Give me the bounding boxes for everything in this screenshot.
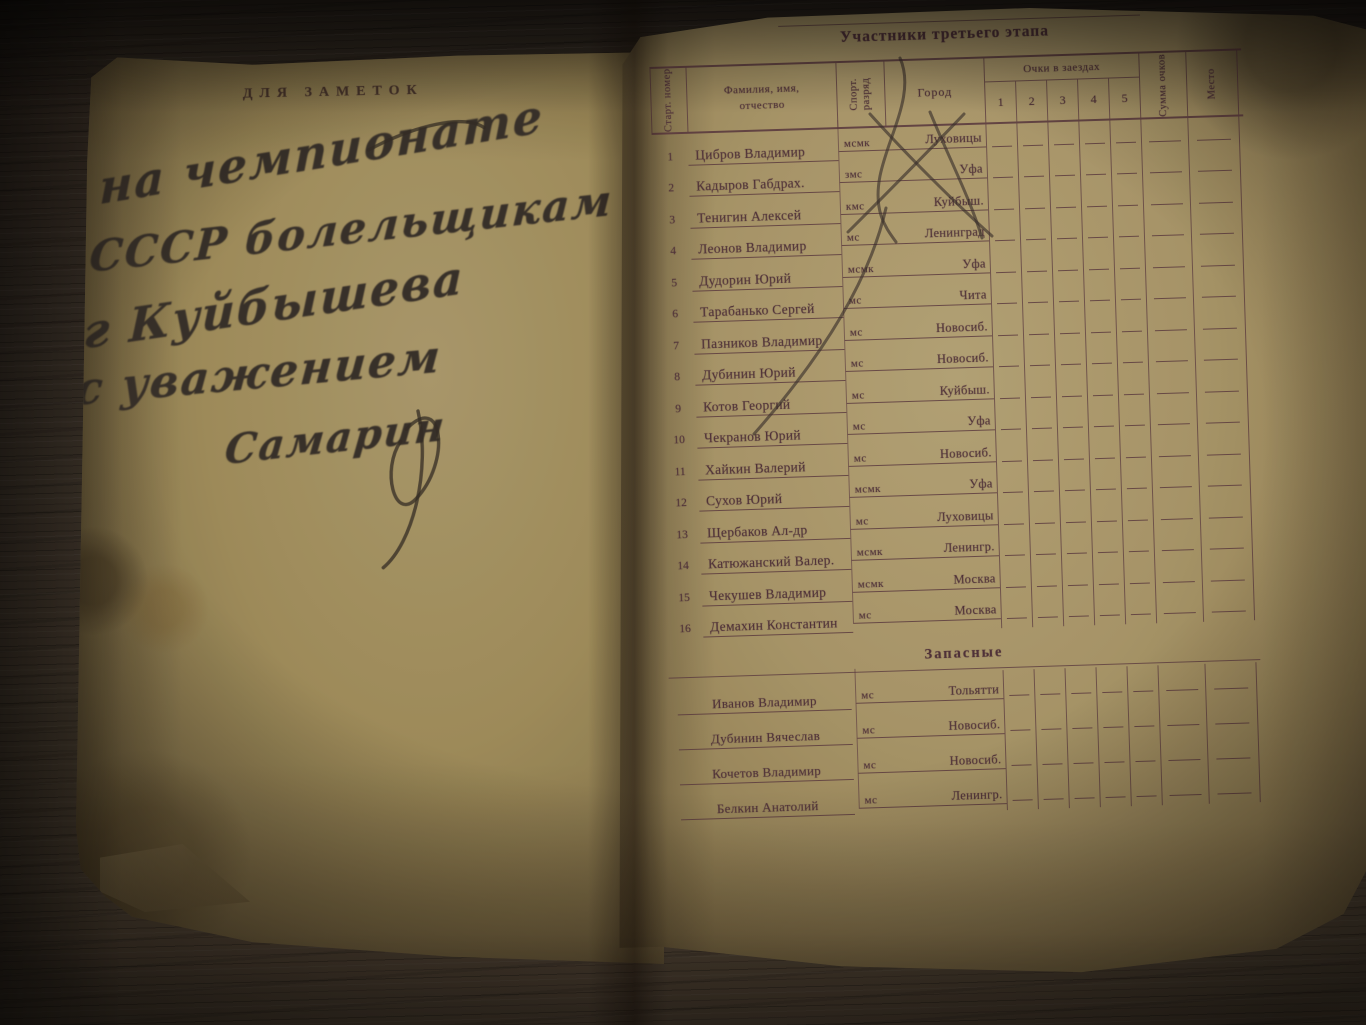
write-in-line <box>1069 615 1089 617</box>
write-in-line <box>996 271 1016 273</box>
write-in-line <box>1125 425 1145 427</box>
score-cell <box>1024 374 1056 406</box>
score-cell <box>1128 700 1160 736</box>
score-cell <box>1194 337 1247 370</box>
write-in-line <box>1104 761 1124 763</box>
rider-name: Хайкин Валерий <box>697 444 848 480</box>
rank-city-cell: мсЧита <box>842 273 991 309</box>
heat-number-header: 1 <box>985 82 1016 123</box>
score-cell <box>1023 343 1055 375</box>
rider-name: Кадыров Габдрах. <box>689 161 840 197</box>
write-in-line <box>1040 693 1060 695</box>
score-cell <box>1090 498 1122 530</box>
write-in-line <box>1135 760 1155 762</box>
reserve-name: Белкин Анатолий <box>680 780 855 820</box>
write-in-line <box>1086 174 1106 176</box>
rank-city-cell: мсЛенингр. <box>858 769 1007 809</box>
reserve-name: Иванов Владимир <box>677 675 852 715</box>
score-cell <box>1159 699 1207 735</box>
write-in-line <box>1158 423 1189 425</box>
write-in-line <box>1121 299 1141 301</box>
score-cell <box>1098 736 1130 772</box>
score-cell <box>1056 405 1088 437</box>
left-page: ДЛЯ ЗАМЕТОК на чемпионате СССР болельщик… <box>76 52 664 964</box>
write-in-line <box>1088 237 1108 239</box>
write-in-line <box>1117 173 1137 175</box>
reserves-table-body: Иванов ВладимирмсТольяттиДубинин Вячесла… <box>669 662 1265 821</box>
write-in-line <box>1159 455 1190 457</box>
score-cell <box>1005 739 1037 775</box>
sport-rank: мсмк <box>848 263 875 276</box>
score-cell <box>1151 464 1199 497</box>
write-in-line <box>1000 397 1020 399</box>
score-cell <box>997 501 1029 533</box>
write-in-line <box>1091 331 1111 333</box>
rider-city: Уфа <box>959 162 983 178</box>
score-cell <box>1020 248 1052 280</box>
sport-rank: мсмк <box>857 546 884 559</box>
score-cell <box>1126 665 1158 701</box>
score-cell <box>1058 468 1090 500</box>
score-cell <box>1190 211 1243 244</box>
score-cell <box>1048 153 1080 185</box>
score-cell <box>1026 437 1058 469</box>
score-cell <box>1145 276 1193 309</box>
score-cell <box>1060 531 1092 563</box>
write-in-line <box>1061 364 1081 366</box>
write-in-line <box>1030 365 1050 367</box>
score-cell <box>1130 770 1162 806</box>
sport-rank: мс <box>850 326 863 338</box>
sport-rank: мсмк <box>855 483 882 496</box>
write-in-line <box>992 145 1012 147</box>
write-in-line <box>1206 422 1240 424</box>
score-cell <box>1141 150 1189 183</box>
score-cell <box>1155 590 1203 623</box>
write-in-line <box>1131 613 1151 615</box>
place-header: Место <box>1185 51 1239 117</box>
write-in-line <box>1006 586 1026 588</box>
write-in-line <box>1127 488 1147 490</box>
start-number: 14 <box>664 543 701 576</box>
score-cell <box>991 312 1023 344</box>
score-cell <box>1140 118 1188 151</box>
write-in-line <box>1122 330 1142 332</box>
write-in-line <box>1211 579 1245 581</box>
rank-city-cell: мсмкМосква <box>851 556 1000 592</box>
write-in-line <box>1163 581 1194 583</box>
write-in-line <box>1214 687 1248 689</box>
rider-name: Леонов Владимир <box>691 224 842 260</box>
rider-city: Луховицы <box>937 508 994 525</box>
rider-city: Ленингр. <box>944 539 995 556</box>
write-in-line <box>1085 142 1105 144</box>
score-cell <box>1088 435 1120 467</box>
score-cell <box>1000 596 1032 628</box>
score-cell <box>1030 563 1062 595</box>
score-cell <box>1052 279 1084 311</box>
write-in-line <box>1218 792 1252 794</box>
write-in-line <box>1060 332 1080 334</box>
write-in-line <box>1095 457 1115 459</box>
write-in-line <box>1096 489 1116 491</box>
score-cells <box>1006 767 1261 810</box>
write-in-line <box>1126 456 1146 458</box>
score-cell <box>1150 433 1198 466</box>
score-cell <box>1197 431 1250 464</box>
score-cell <box>1082 246 1114 278</box>
write-in-line <box>1071 692 1091 694</box>
rank-city-cell: мсМосква <box>852 588 1001 624</box>
write-in-line <box>1129 551 1149 553</box>
rider-city: Чита <box>959 287 987 303</box>
rider-name: Чекранов Юрий <box>696 412 847 448</box>
write-in-line <box>1208 485 1242 487</box>
rider-name: Пазников Владимир <box>693 318 844 354</box>
score-cell <box>1003 669 1035 705</box>
rank-city-cell: мсмкУфа <box>841 241 990 277</box>
score-cell <box>1114 277 1146 309</box>
score-cell <box>993 375 1025 407</box>
rank-city-cell: мсНовосиб. <box>847 430 996 466</box>
score-cell <box>1057 436 1089 468</box>
score-cell <box>1187 116 1240 149</box>
signature: Самарин <box>223 402 448 474</box>
write-in-line <box>1029 333 1049 335</box>
write-in-line <box>1207 453 1241 455</box>
score-cell <box>1006 774 1038 810</box>
rank-city-cell: мсНовосиб. <box>843 304 992 340</box>
score-cell <box>1208 767 1261 804</box>
write-in-line <box>1092 363 1112 365</box>
write-in-line <box>1007 617 1027 619</box>
rank-city-cell: змсУфа <box>838 147 987 183</box>
write-in-line <box>1162 549 1193 551</box>
photo-of-program: ДЛЯ ЗАМЕТОК на чемпионате СССР болельщик… <box>0 0 1366 1025</box>
score-cell <box>1091 530 1123 562</box>
score-cell <box>1149 401 1197 434</box>
write-in-line <box>1054 143 1074 145</box>
score-cell <box>1049 185 1081 217</box>
write-in-line <box>1038 616 1058 618</box>
write-in-line <box>1033 459 1053 461</box>
participants-table-body: 1Цибров ВладимирмсмкЛуховицы2Кадыров Габ… <box>652 116 1260 638</box>
write-in-line <box>1056 206 1076 208</box>
heat-number-header: 5 <box>1108 78 1140 119</box>
score-cell <box>988 218 1020 250</box>
sport-rank: мс <box>856 515 869 527</box>
rider-city: Уфа <box>967 413 991 429</box>
reserve-name: Кочетов Владимир <box>679 745 854 785</box>
write-in-line <box>1009 694 1029 696</box>
write-in-line <box>1026 239 1046 241</box>
score-cell <box>1123 560 1155 592</box>
participants-sheet: Участники третьего этапа Старт. номер Фа… <box>648 3 1265 820</box>
write-in-line <box>1120 267 1140 269</box>
score-cell <box>1018 185 1050 217</box>
write-in-line <box>1003 491 1023 493</box>
write-in-line <box>1152 234 1183 236</box>
write-in-line <box>1209 516 1243 518</box>
score-cell <box>1121 497 1153 529</box>
score-cell <box>1035 703 1067 739</box>
score-cell <box>990 281 1022 313</box>
score-cell <box>1027 469 1059 501</box>
write-in-line <box>1093 394 1113 396</box>
heats-header-group: Очки в заездах 12345 <box>983 54 1140 123</box>
write-in-line <box>1199 201 1233 203</box>
score-cell <box>1004 704 1036 740</box>
score-cell <box>1204 662 1257 699</box>
heat-number-row: 12345 <box>985 78 1140 123</box>
write-in-line <box>997 303 1017 305</box>
score-cell <box>1061 562 1093 594</box>
write-in-line <box>1197 138 1231 140</box>
sport-rank: мс <box>861 689 874 701</box>
score-cell <box>1196 400 1249 433</box>
score-cell <box>1059 499 1091 531</box>
write-in-line <box>1210 548 1244 550</box>
write-in-line <box>1168 724 1199 726</box>
sum-header: Сумма очков <box>1138 52 1187 117</box>
score-cell <box>996 470 1028 502</box>
write-in-line <box>1068 584 1088 586</box>
score-cell <box>1124 592 1156 624</box>
rider-name: Сухов Юрий <box>698 475 849 511</box>
write-in-line <box>1004 523 1024 525</box>
write-in-line <box>1011 764 1031 766</box>
heat-number-header: 2 <box>1015 81 1047 122</box>
start-number: 16 <box>666 606 703 639</box>
write-in-line <box>994 208 1014 210</box>
score-cell <box>1111 183 1143 215</box>
score-cell <box>986 155 1018 187</box>
score-cell <box>1093 593 1125 625</box>
score-cell <box>1195 368 1248 401</box>
score-cell <box>1202 589 1255 622</box>
sport-rank: мс <box>854 452 867 464</box>
write-in-line <box>1099 583 1119 585</box>
sport-rank: мс <box>851 357 864 369</box>
write-in-line <box>1005 554 1025 556</box>
write-in-line <box>995 240 1015 242</box>
score-cell <box>987 186 1019 218</box>
rank-city-cell: кмсКуйбыш. <box>839 178 988 214</box>
score-cell <box>1193 305 1246 338</box>
score-cell <box>1112 214 1144 246</box>
sport-rank: мсмк <box>858 577 885 590</box>
write-in-line <box>1157 392 1188 394</box>
score-cell <box>1065 667 1097 703</box>
write-in-line <box>1215 722 1249 724</box>
score-cell <box>1109 120 1141 152</box>
reserve-name: Дубинин Вячеслав <box>678 710 853 750</box>
score-cell <box>989 249 1021 281</box>
score-cell <box>1083 278 1115 310</box>
write-in-line <box>1118 204 1138 206</box>
write-in-line <box>1043 798 1063 800</box>
write-in-line <box>1066 521 1086 523</box>
score-cell <box>1028 500 1060 532</box>
write-in-line <box>1025 207 1045 209</box>
write-in-line <box>1124 393 1144 395</box>
rider-name: Катюжанский Валер. <box>700 538 851 574</box>
write-in-line <box>1059 301 1079 303</box>
write-in-line <box>1103 726 1123 728</box>
score-cell <box>1192 274 1245 307</box>
rider-city: Москва <box>953 571 996 587</box>
write-in-line <box>1041 728 1061 730</box>
write-in-line <box>1028 302 1048 304</box>
score-cell <box>1110 151 1142 183</box>
page-fold-shadow <box>588 0 668 1025</box>
write-in-line <box>999 366 1019 368</box>
score-cell <box>1036 738 1068 774</box>
score-cell <box>1080 184 1112 216</box>
score-cell <box>1188 148 1241 181</box>
rider-name: Тенигин Алексей <box>690 192 841 228</box>
sport-rank: змс <box>845 168 863 181</box>
sport-rank: мс <box>862 724 875 736</box>
rider-name: Демахин Константин <box>702 601 853 637</box>
sport-rank: мс <box>849 294 862 306</box>
write-in-line <box>1134 725 1154 727</box>
score-cell <box>1160 734 1208 770</box>
score-cell <box>992 344 1024 376</box>
rank-city-cell: мсНовосиб. <box>857 734 1006 774</box>
start-number: 15 <box>665 575 702 608</box>
score-cell <box>1148 370 1196 403</box>
write-in-line <box>1074 797 1094 799</box>
rider-name: Щербаков Ал-др <box>699 507 850 543</box>
write-in-line <box>1034 490 1054 492</box>
score-cell <box>1117 371 1149 403</box>
score-cell <box>1022 311 1054 343</box>
write-in-line <box>1064 458 1084 460</box>
write-in-line <box>1065 490 1085 492</box>
rank-city-cell: мсТольятти <box>854 664 1003 704</box>
rider-city: Куйбыш. <box>934 193 984 210</box>
score-cell <box>1143 213 1191 246</box>
write-in-line <box>1036 553 1056 555</box>
sport-rank: кмс <box>846 200 865 213</box>
score-cell <box>1113 246 1145 278</box>
score-cell <box>1154 559 1202 592</box>
rank-city-cell: мсНовосиб. <box>844 336 993 372</box>
score-cell <box>1053 310 1085 342</box>
write-in-line <box>1072 727 1092 729</box>
write-in-line <box>1164 612 1195 614</box>
rank-city-cell: мсКуйбыш. <box>845 367 994 403</box>
rider-city: Новосиб. <box>948 717 1000 734</box>
rider-city: Уфа <box>962 256 986 272</box>
write-in-line <box>1063 427 1083 429</box>
rider-city: Уфа <box>969 476 993 492</box>
score-cell <box>985 123 1017 155</box>
score-cell <box>1019 217 1051 249</box>
write-in-line <box>1156 360 1187 362</box>
score-cell <box>1084 309 1116 341</box>
rider-name: Цибров Владимир <box>688 129 839 165</box>
score-cell <box>999 564 1031 596</box>
score-cell <box>1051 247 1083 279</box>
write-in-line <box>1154 297 1185 299</box>
rank-city-cell: мсНовосиб. <box>856 699 1005 739</box>
score-cell <box>1054 342 1086 374</box>
score-cell <box>1047 122 1079 154</box>
score-cell <box>1034 668 1066 704</box>
score-cell <box>1142 181 1190 214</box>
write-in-line <box>1058 269 1078 271</box>
score-cell <box>1037 773 1069 809</box>
write-in-line <box>1150 171 1181 173</box>
score-cell <box>1152 496 1200 529</box>
write-in-line <box>1057 238 1077 240</box>
write-in-line <box>1105 796 1125 798</box>
score-cells <box>1000 589 1255 628</box>
write-in-line <box>1001 428 1021 430</box>
write-in-line <box>1012 799 1032 801</box>
score-cell <box>1157 664 1205 700</box>
score-cell <box>994 407 1026 439</box>
score-cell <box>1097 701 1129 737</box>
rider-city: Ленингр. <box>951 787 1002 804</box>
score-cell <box>1201 557 1254 590</box>
rank-city-cell: мсУфа <box>846 399 995 435</box>
write-in-line <box>1167 689 1198 691</box>
score-cell <box>1021 280 1053 312</box>
score-cell <box>1079 152 1111 184</box>
score-cell <box>1099 771 1131 807</box>
score-cell <box>1031 595 1063 627</box>
write-in-line <box>1024 176 1044 178</box>
rider-city: Москва <box>954 602 997 618</box>
write-in-line <box>1198 170 1232 172</box>
write-in-line <box>1031 396 1051 398</box>
rank-header: Спорт. разряд <box>835 62 885 127</box>
score-cell <box>1078 121 1110 153</box>
write-in-line <box>1169 759 1200 761</box>
write-in-line <box>1136 795 1156 797</box>
score-cell <box>1120 466 1152 498</box>
write-in-line <box>1067 552 1087 554</box>
sport-rank: мс <box>847 231 860 243</box>
score-cell <box>1062 594 1094 626</box>
write-in-line <box>1027 270 1047 272</box>
score-cell <box>1068 772 1100 808</box>
write-in-line <box>1010 729 1030 731</box>
score-cell <box>1118 403 1150 435</box>
score-cell <box>1199 494 1252 527</box>
write-in-line <box>1155 329 1186 331</box>
heat-number-header: 3 <box>1046 80 1078 121</box>
write-in-line <box>1119 236 1139 238</box>
write-in-line <box>1094 426 1114 428</box>
rider-city: Новосиб. <box>940 445 992 462</box>
write-in-line <box>1042 763 1062 765</box>
write-in-line <box>1202 296 1236 298</box>
write-in-line <box>998 334 1018 336</box>
score-cell <box>1207 732 1260 769</box>
rider-city: Куйбыш. <box>940 382 990 399</box>
score-cell <box>1086 372 1118 404</box>
rider-name: Дудорин Юрий <box>691 255 842 291</box>
score-cell <box>1191 242 1244 275</box>
write-in-line <box>1037 585 1057 587</box>
rank-city-cell: мсмкЛуховицы <box>837 115 986 151</box>
write-in-line <box>1130 582 1150 584</box>
write-in-line <box>1023 144 1043 146</box>
